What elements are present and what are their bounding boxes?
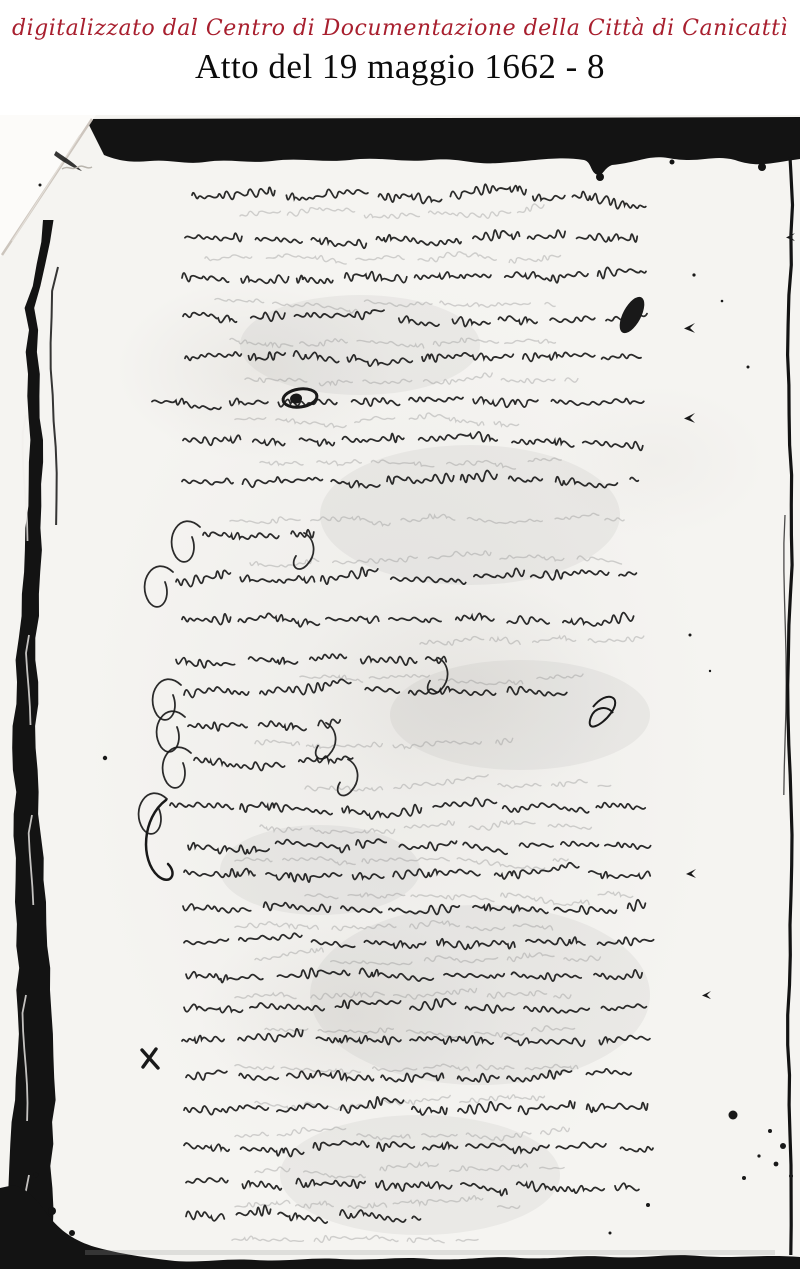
ink-smudge-layer — [220, 295, 650, 1235]
page: digitalizzato dal Centro di Documentazio… — [0, 0, 800, 1269]
manuscript-scan-image — [0, 115, 800, 1269]
digitization-credit: digitalizzato dal Centro di Documentazio… — [0, 0, 800, 41]
left-binding-shadow — [3, 220, 58, 1254]
manuscript-rendering — [0, 115, 800, 1269]
right-page-edge — [784, 157, 793, 1255]
page-header: digitalizzato dal Centro di Documentazio… — [0, 0, 800, 115]
scan-top-band — [86, 117, 800, 181]
act-title: Atto del 19 maggio 1662 - 8 — [0, 47, 800, 87]
